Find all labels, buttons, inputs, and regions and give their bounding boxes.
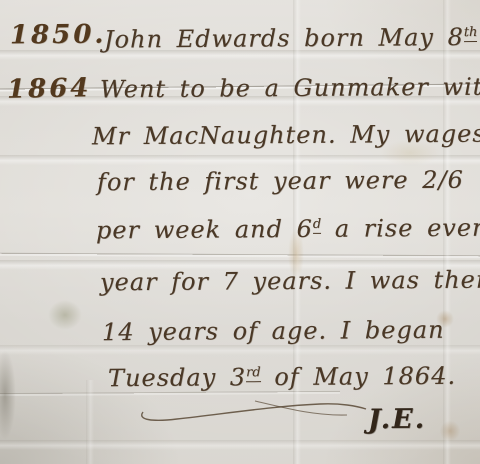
paper-crease-vertical-3 [86, 380, 94, 464]
margin-year-1850: 1850. [10, 20, 107, 51]
signature-initials: J.E. [368, 404, 426, 435]
manuscript-photo: 1850. 1864 John Edwards born May 8th 185… [0, 0, 480, 464]
manuscript-line-6: year for 7 years. I was then [100, 266, 480, 297]
paper-crease-horizontal-4 [0, 155, 480, 165]
margin-year-1864: 1864 [7, 73, 92, 104]
manuscript-line-8: Tuesday 3rd of May 1864. [108, 362, 456, 392]
line-7-text: 14 years of age. I began [102, 316, 445, 346]
line-4-text: for the first year were 2/6 [97, 166, 464, 197]
line-6-text: year for 7 years. I was then [100, 266, 480, 297]
line-5-text: per week and 6 [96, 215, 313, 245]
paper-crease-horizontal-5 [0, 253, 480, 259]
manuscript-line-4: for the first year were 2/6 [97, 166, 464, 197]
stain-brown-right-2 [440, 420, 460, 442]
stain-green-left [48, 300, 82, 330]
line-5-superscript: d [313, 217, 321, 234]
line-5-text-cont: a rise every [321, 214, 480, 243]
manuscript-line-5: per week and 6d a rise every [96, 214, 480, 245]
paper-crease-horizontal-9 [0, 440, 480, 450]
line-1-superscript: th [464, 25, 478, 42]
line-2-text: Went to be a Gunmaker with [100, 73, 480, 104]
paper-crease-horizontal-7 [0, 345, 480, 355]
stain-dark-left-edge [0, 350, 16, 440]
manuscript-line-3: Mr MacNaughten. My wages [92, 120, 480, 151]
line-1-text: John Edwards born May 8 [104, 23, 464, 54]
line-3-text: Mr MacNaughten. My wages [92, 120, 480, 151]
manuscript-line-7: 14 years of age. I began [102, 316, 445, 346]
manuscript-line-2: Went to be a Gunmaker with [100, 73, 480, 104]
manuscript-line-1: John Edwards born May 8th 1850 [104, 22, 480, 53]
line-8-superscript: rd [246, 365, 261, 382]
line-8-text: Tuesday 3 [108, 363, 246, 392]
line-8-text-cont: of May 1864. [261, 362, 457, 391]
signature-flourish [135, 398, 370, 426]
